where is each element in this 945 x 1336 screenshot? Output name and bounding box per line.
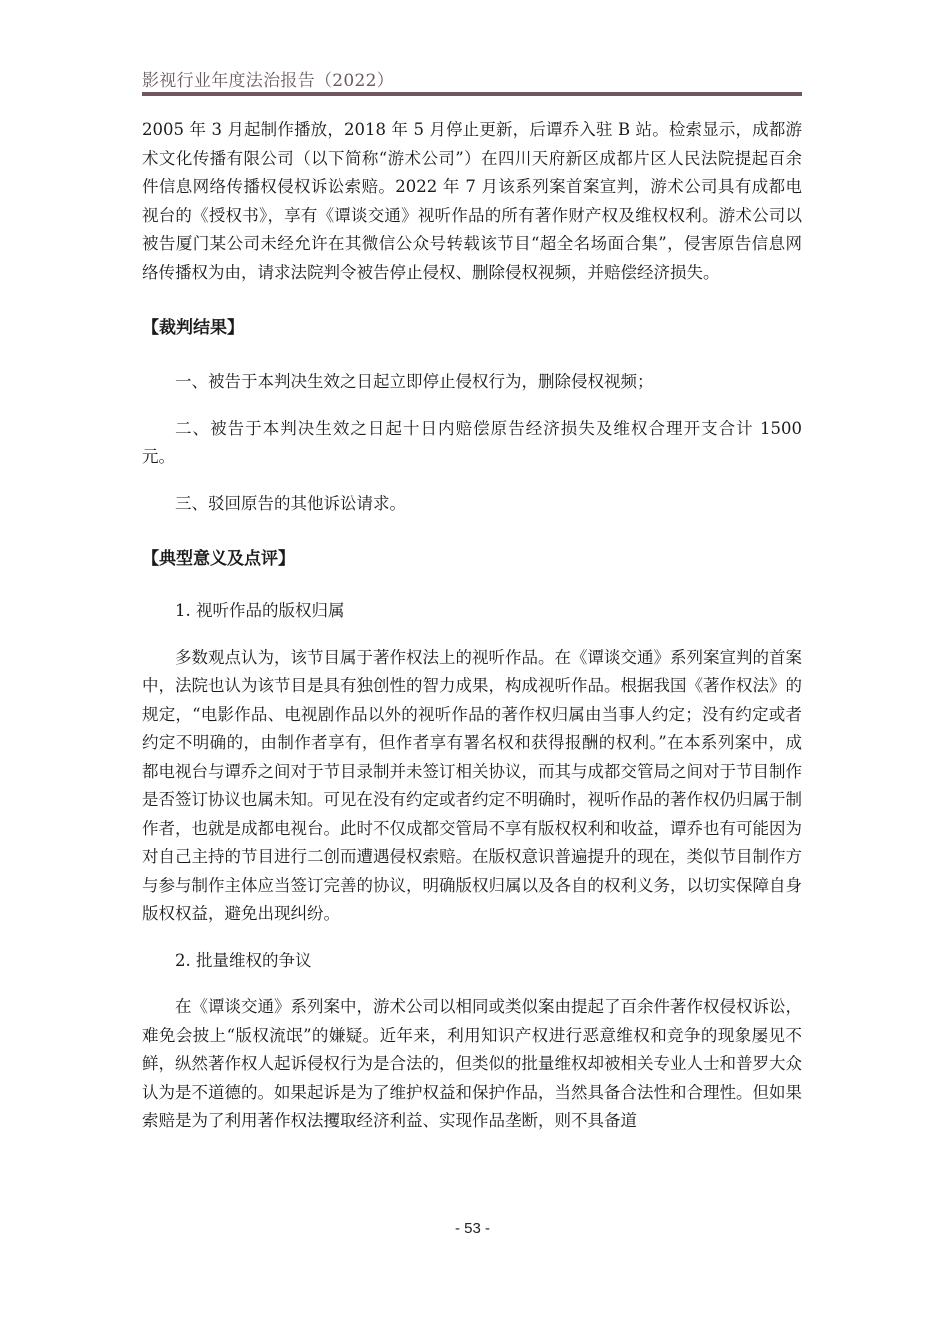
commentary-section-2-text: 在《谭谈交通》系列案中，游术公司以相同或类似案由提起了百余件著作权侵权诉讼，难免… [142,993,802,1136]
judgment-item-3: 三、驳回原告的其他诉讼请求。 [142,490,802,519]
judgment-heading: 【裁判结果】 [142,313,802,338]
intro-paragraph: 2005 年 3 月起制作播放，2018 年 5 月停止更新，后谭乔入驻 B 站… [142,116,802,287]
commentary-section-1-text: 多数观点认为，该节目属于著作权法上的视听作品。在《谭谈交通》系列案宣判的首案中，… [142,644,802,929]
commentary-section-2-title: 2. 批量维权的争议 [142,947,802,976]
header-divider [142,92,802,96]
judgment-item-1: 一、被告于本判决生效之日起立即停止侵权行为，删除侵权视频； [142,368,802,397]
page-content: 2005 年 3 月起制作播放，2018 年 5 月停止更新，后谭乔入驻 B 站… [142,114,802,1136]
page-number: - 53 - [0,1220,945,1237]
page-header-title: 影视行业年度法治报告（2022） [142,66,394,91]
judgment-item-2: 二、被告于本判决生效之日起十日内赔偿原告经济损失及维权合理开支合计 1500 元… [142,415,802,472]
commentary-section-1-title: 1. 视听作品的版权归属 [142,597,802,626]
commentary-heading: 【典型意义及点评】 [142,544,802,569]
